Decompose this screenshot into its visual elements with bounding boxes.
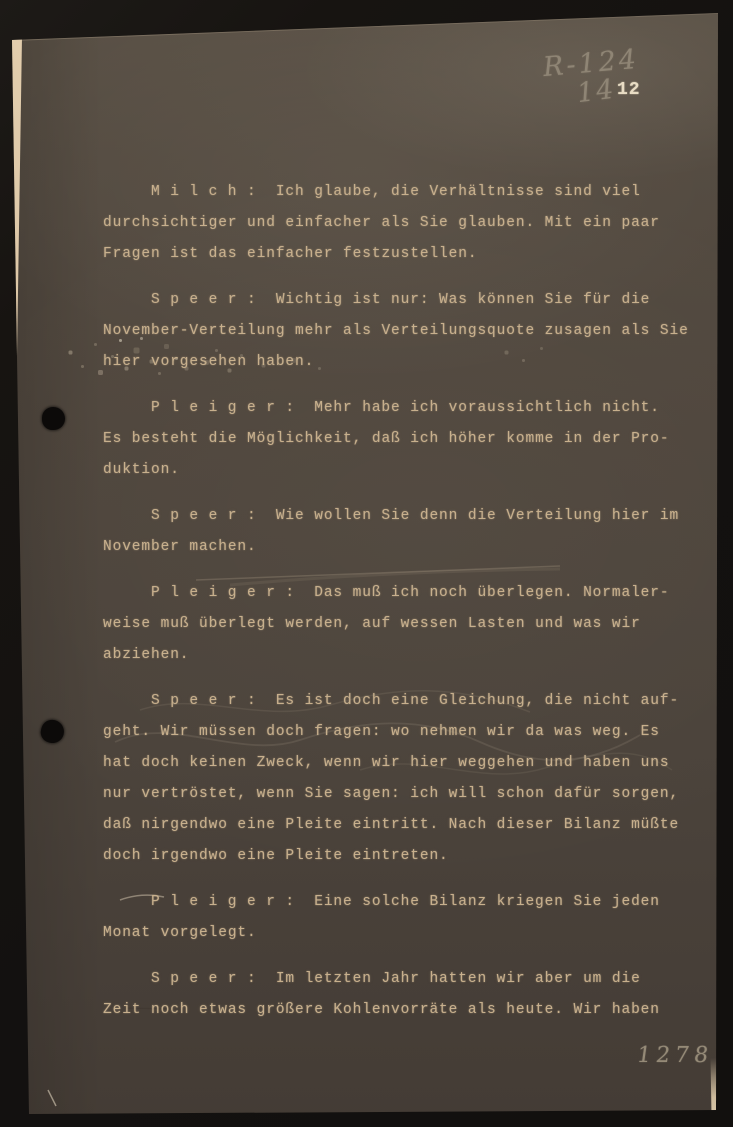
transcript-line: geht. Wir müssen doch fragen: wo nehmen …: [103, 717, 703, 748]
handwritten-page-number: 14: [575, 74, 617, 109]
transcript-line: nur vertröstet, wenn Sie sagen: ich will…: [103, 779, 703, 810]
paragraph-milch: M i l c h : Ich glaube, die Verhältnisse…: [103, 177, 703, 270]
transcript: M i l c h : Ich glaube, die Verhältnisse…: [103, 177, 703, 1041]
transcript-line: November-Verteilung mehr als Verteilungs…: [103, 316, 703, 347]
transcript-line: P l e i g e r : Mehr habe ich voraussich…: [103, 393, 703, 424]
photograph-mount: R-124 14 12 1278 M i l c h : Ich glaube,…: [0, 0, 733, 1127]
paragraph-pleiger-1: P l e i g e r : Mehr habe ich voraussich…: [103, 393, 703, 486]
transcript-line: daß nirgendwo eine Pleite eintritt. Nach…: [103, 810, 703, 841]
transcript-line: S p e e r : Wichtig ist nur: Was können …: [103, 285, 703, 316]
transcript-line: Es besteht die Möglichkeit, daß ich höhe…: [103, 424, 703, 455]
transcript-line: Zeit noch etwas größere Kohlenvorräte al…: [103, 995, 703, 1026]
transcript-line: Fragen ist das einfacher festzustellen.: [103, 239, 703, 270]
transcript-line: S p e e r : Im letzten Jahr hatten wir a…: [103, 964, 703, 995]
typed-page-number: 12: [617, 80, 641, 100]
document-stamp-number: 1278: [635, 1043, 715, 1068]
transcript-line: M i l c h : Ich glaube, die Verhältnisse…: [103, 177, 703, 208]
transcript-line: November machen.: [103, 532, 703, 563]
transcript-line: durchsichtiger und einfacher als Sie gla…: [103, 208, 703, 239]
transcript-line: S p e e r : Wie wollen Sie denn die Vert…: [103, 501, 703, 532]
paragraph-speer-4: S p e e r : Im letzten Jahr hatten wir a…: [103, 964, 703, 1026]
transcript-line: hier vorgesehen haben.: [103, 347, 703, 378]
paragraph-speer-1: S p e e r : Wichtig ist nur: Was können …: [103, 285, 703, 378]
transcript-line: weise muß überlegt werden, auf wessen La…: [103, 609, 703, 640]
paragraph-pleiger-2: P l e i g e r : Das muß ich noch überleg…: [103, 578, 703, 671]
transcript-line: hat doch keinen Zweck, wenn wir hier weg…: [103, 748, 703, 779]
transcript-line: duktion.: [103, 455, 703, 486]
paragraph-speer-2: S p e e r : Wie wollen Sie denn die Vert…: [103, 501, 703, 563]
transcript-line: P l e i g e r : Eine solche Bilanz krieg…: [103, 887, 703, 918]
transcript-line: P l e i g e r : Das muß ich noch überleg…: [103, 578, 703, 609]
transcript-line: Monat vorgelegt.: [103, 918, 703, 949]
document-scan-page: R-124 14 12 1278 M i l c h : Ich glaube,…: [0, 0, 733, 1127]
transcript-line: S p e e r : Es ist doch eine Gleichung, …: [103, 686, 703, 717]
photo-speckles: [0, 0, 1, 1]
transcript-line: abziehen.: [103, 640, 703, 671]
paragraph-speer-3: S p e e r : Es ist doch eine Gleichung, …: [103, 686, 703, 872]
paragraph-pleiger-3: P l e i g e r : Eine solche Bilanz krieg…: [103, 887, 703, 949]
transcript-line: doch irgendwo eine Pleite eintreten.: [103, 841, 703, 872]
